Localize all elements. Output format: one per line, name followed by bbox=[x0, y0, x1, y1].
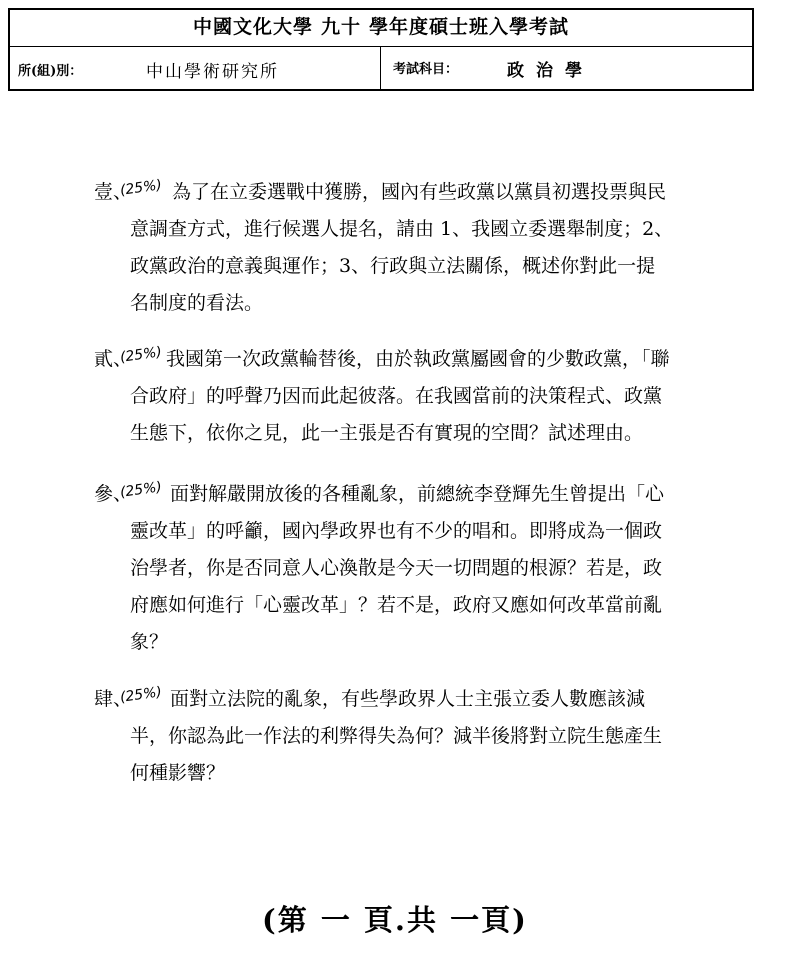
question-line: 名制度的看法。 bbox=[130, 285, 690, 322]
subject-value: 政治學 bbox=[507, 56, 594, 81]
question-line: 何種影響？ bbox=[130, 755, 690, 792]
exam-type: 學年度碩士班入學考試 bbox=[369, 16, 569, 38]
question-text: 我國第一次政黨輪替後，由於執政黨屬國會的少數政黨，「聯 合政府」的呼聲乃因而此起… bbox=[130, 341, 690, 452]
question-line: 政黨政治的意義與運作；3、行政與立法關係，概述你對此一提 bbox=[130, 248, 690, 285]
subject-cell: 考試科目： 政治學 bbox=[381, 47, 752, 90]
question-line: 半，你認為此一作法的利弊得失為何？減半後將對立院生態產生 bbox=[130, 718, 690, 755]
question-line: 面對立法院的亂象，有些學政界人士主張立委人數應該減 bbox=[170, 681, 690, 718]
exam-title: 中國文化大學九十學年度碩士班入學考試 bbox=[10, 10, 752, 47]
department-value: 中山學術研究所 bbox=[146, 57, 279, 82]
question-text: 為了在立委選戰中獲勝，國內有些政黨以黨員初選投票與民 意調查方式，進行候選人提名… bbox=[130, 174, 690, 322]
question-text: 面對解嚴開放後的各種亂象，前總統李登輝先生曾提出「心 靈改革」的呼籲，國內學政界… bbox=[130, 476, 690, 661]
academic-year: 九十 bbox=[321, 16, 361, 38]
department-label: 所(組)別： bbox=[18, 60, 82, 79]
question-line: 靈改革」的呼籲，國內學政界也有不少的唱和。即將成為一個政 bbox=[130, 513, 690, 550]
university-name: 中國文化大學 bbox=[193, 16, 313, 38]
page-number: (第 一 頁.共 一頁) bbox=[262, 898, 528, 939]
question-line: 合政府」的呼聲乃因而此起彼落。在我國當前的決策程式、政黨 bbox=[130, 378, 690, 415]
question-text: 面對立法院的亂象，有些學政界人士主張立委人數應該減 半，你認為此一作法的利弊得失… bbox=[130, 681, 690, 792]
question-line: 面對解嚴開放後的各種亂象，前總統李登輝先生曾提出「心 bbox=[170, 476, 690, 513]
exam-header: 中國文化大學九十學年度碩士班入學考試 所(組)別： 中山學術研究所 考試科目： … bbox=[8, 8, 754, 91]
department-cell: 所(組)別： 中山學術研究所 bbox=[10, 47, 381, 90]
question-line: 治學者，你是否同意人心渙散是今天一切問題的根源？若是，政 bbox=[130, 550, 690, 587]
question-line: 為了在立委選戰中獲勝，國內有些政黨以黨員初選投票與民 bbox=[172, 174, 690, 211]
subject-label: 考試科目： bbox=[393, 58, 458, 77]
question-line: 意調查方式，進行候選人提名，請由 1、我國立委選舉制度；2、 bbox=[130, 211, 690, 248]
question-line: 生態下，依你之見，此一主張是否有實現的空間？試述理由。 bbox=[130, 415, 690, 452]
question-line: 我國第一次政黨輪替後，由於執政黨屬國會的少數政黨，「聯 bbox=[166, 341, 690, 378]
exam-info-row: 所(組)別： 中山學術研究所 考試科目： 政治學 bbox=[10, 47, 752, 90]
question-line: 府應如何進行「心靈改革」？若不是，政府又應如何改革當前亂 bbox=[130, 587, 690, 624]
question-line: 象？ bbox=[130, 624, 690, 661]
